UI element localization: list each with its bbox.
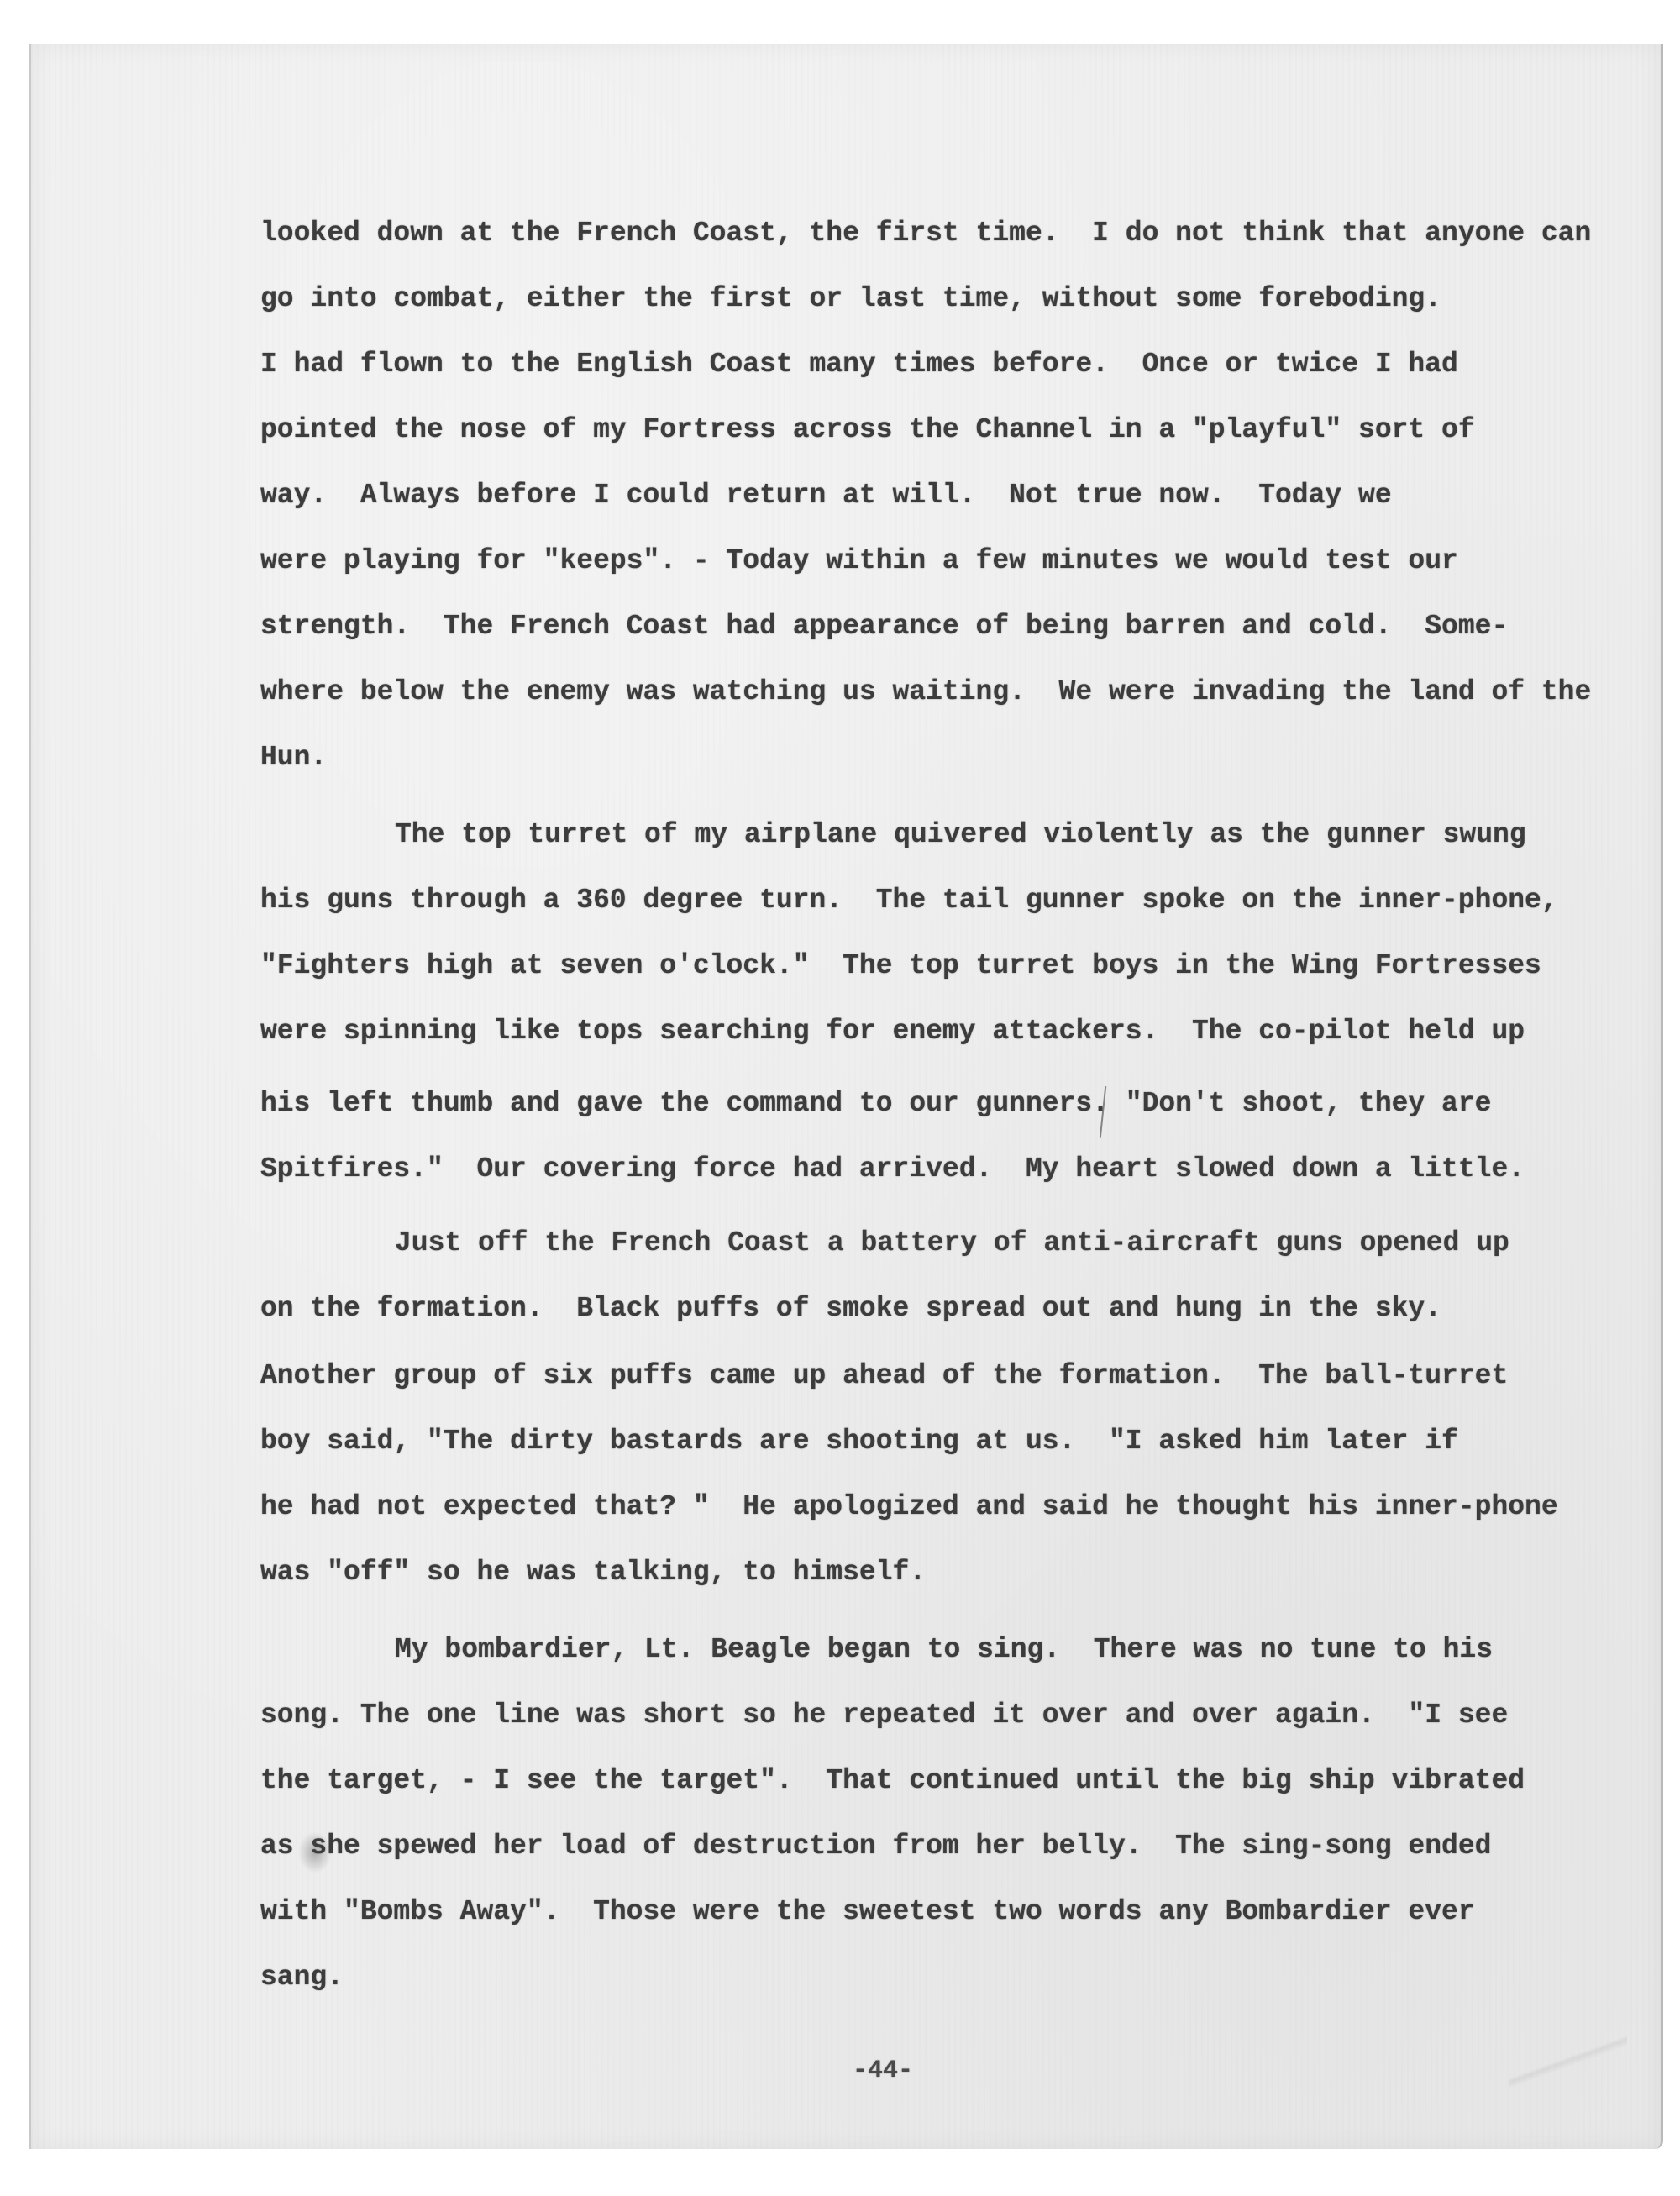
text-line: Another group of six puffs came up ahead… [260, 1359, 1508, 1393]
paper-fold-crease [1509, 1973, 1627, 2149]
text-line: go into combat, either the first or last… [260, 282, 1441, 316]
text-line: looked down at the French Coast, the fir… [260, 217, 1591, 250]
text-line: boy said, "The dirty bastards are shooti… [260, 1425, 1458, 1458]
text-line: the target, - I see the target". That co… [260, 1764, 1525, 1798]
text-line: where below the enemy was watching us wa… [260, 675, 1591, 709]
text-line: as she spewed her load of destruction fr… [260, 1830, 1491, 1863]
text-line: was "off" so he was talking, to himself. [260, 1556, 926, 1589]
text-line: his left thumb and gave the command to o… [260, 1087, 1491, 1121]
text-line: he had not expected that? " He apologize… [260, 1490, 1558, 1524]
text-line: pointed the nose of my Fortress across t… [260, 413, 1475, 447]
text-line: were playing for "keeps". - Today within… [260, 544, 1458, 578]
text-line: The top turret of my airplane quivered v… [395, 818, 1526, 852]
text-line: were spinning like tops searching for en… [260, 1015, 1525, 1048]
text-line: Hun. [260, 741, 327, 775]
text-line: strength. The French Coast had appearanc… [260, 610, 1508, 644]
text-line: Just off the French Coast a battery of a… [395, 1227, 1509, 1260]
text-line: his guns through a 360 degree turn. The … [260, 884, 1558, 917]
text-line: with "Bombs Away". Those were the sweete… [260, 1895, 1475, 1929]
text-line: way. Always before I could return at wil… [260, 479, 1392, 512]
text-line: My bombardier, Lt. Beagle began to sing.… [395, 1633, 1493, 1667]
text-line: Spitfires." Our covering force had arriv… [260, 1153, 1525, 1186]
text-line: I had flown to the English Coast many ti… [260, 348, 1458, 381]
text-line: "Fighters high at seven o'clock." The to… [260, 949, 1541, 983]
page-number: -44- [853, 2057, 913, 2085]
text-line: song. The one line was short so he repea… [260, 1699, 1508, 1732]
text-line: on the formation. Black puffs of smoke s… [260, 1292, 1441, 1326]
text-line: sang. [260, 1961, 344, 1994]
